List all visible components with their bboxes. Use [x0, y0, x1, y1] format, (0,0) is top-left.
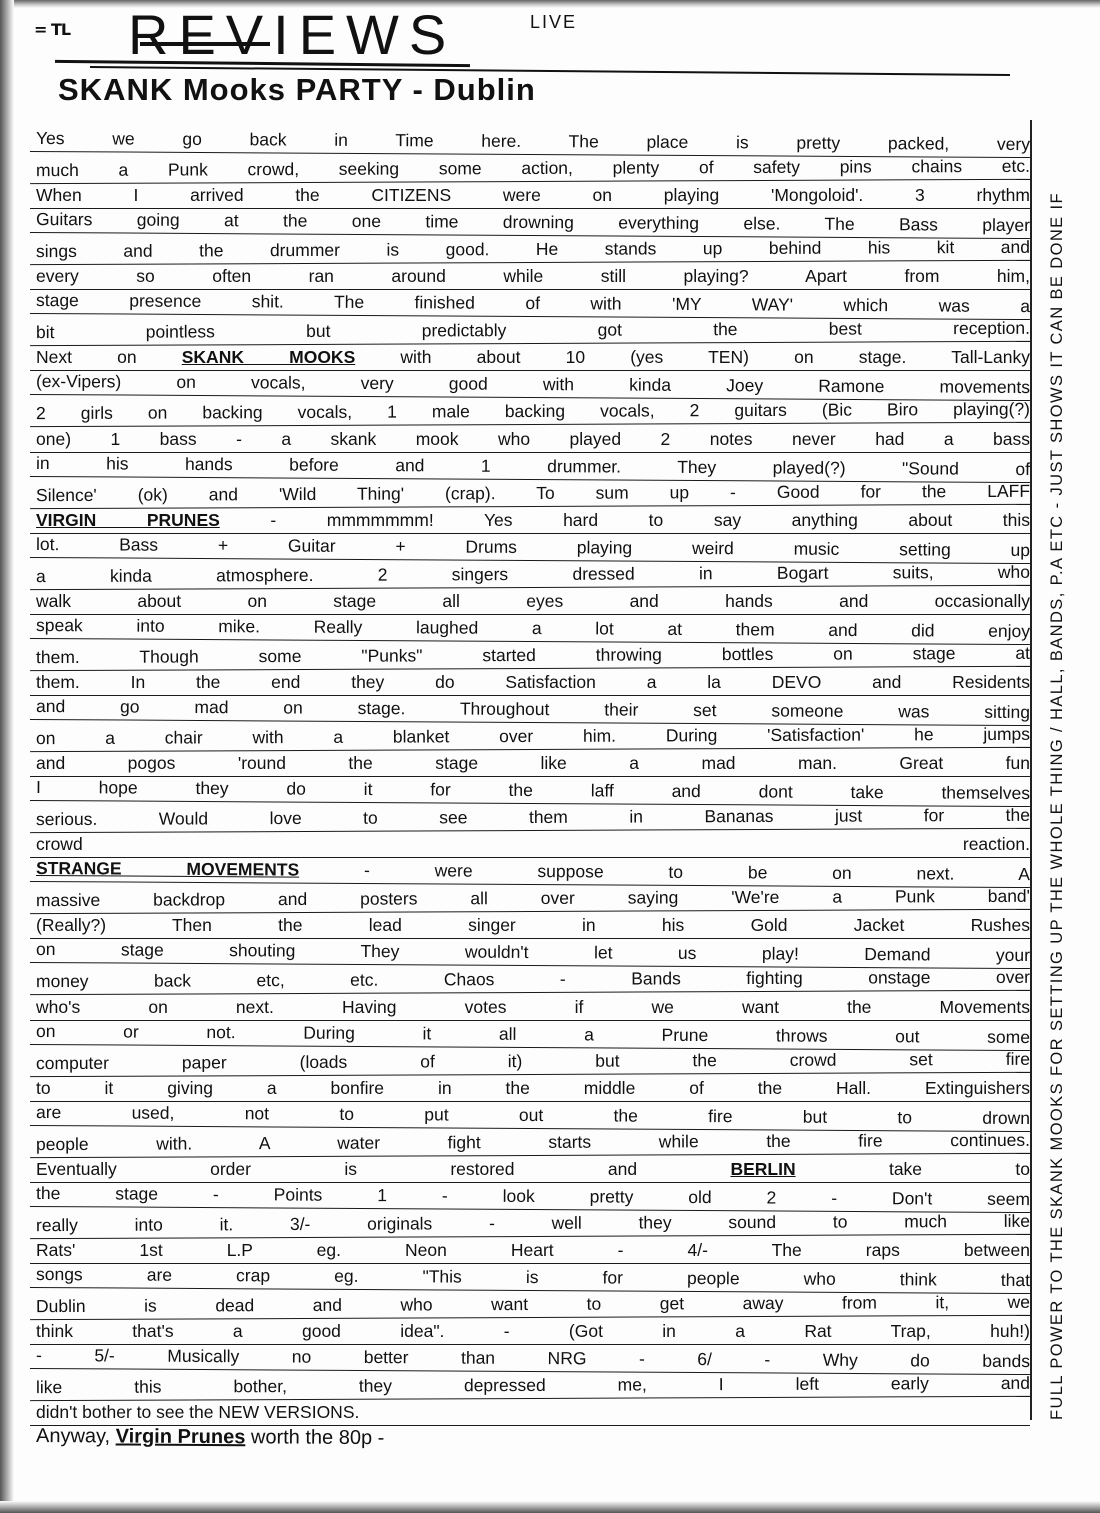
text-line: Anyway, Virgin Prunes worth the 80p -	[30, 1423, 1030, 1456]
text-line: on a chair with a blanket over him. Duri…	[30, 721, 1030, 752]
margin-rule	[1030, 120, 1032, 1420]
review-title: SKANK Mooks PARTY - Dublin	[58, 72, 536, 108]
text-line: Rats' 1st L.P eg. Neon Heart - 4/- The r…	[30, 1237, 1030, 1264]
band-name: BERLIN	[730, 1159, 795, 1179]
text-line: like this bother, they depressed me, I l…	[30, 1370, 1030, 1401]
text-line: Eventually order is restored and BERLIN …	[30, 1156, 1030, 1183]
text-line: sings and the drummer is good. He stands…	[30, 234, 1030, 265]
text-line: a kinda atmosphere. 2 singers dressed in…	[30, 559, 1030, 590]
page-header: = TL REVIEWS LIVE	[30, 6, 730, 66]
text-line: Dublin is dead and who want to get away …	[30, 1289, 1030, 1320]
text-line: really into it. 3/- originals - well the…	[30, 1208, 1030, 1239]
text-line: money back etc, etc. Chaos - Bands fight…	[30, 964, 1030, 995]
text-line: VIRGIN PRUNES - mmmmmmm! Yes hard to say…	[30, 507, 1030, 534]
text-line: crowd reaction.	[30, 831, 1030, 858]
text-line: one) 1 bass - a skank mook who played 2 …	[30, 426, 1030, 453]
band-name: VIRGIN PRUNES	[36, 510, 220, 530]
band-name: SKANK MOOKS	[182, 347, 356, 367]
margin-note: FULL POWER TO THE SKANK MOOKS FOR SETTIN…	[1048, 192, 1067, 1420]
title-strikethrough	[140, 42, 270, 46]
text-line: think that's a good idea". - (Got in a R…	[30, 1318, 1030, 1345]
band-name: Virgin Prunes	[116, 1426, 246, 1449]
text-line: and pogos 'round the stage like a mad ma…	[30, 750, 1030, 777]
text-line: walk about on stage all eyes and hands a…	[30, 588, 1030, 615]
band-name: NEW VERSIONS	[218, 1402, 354, 1422]
text-line: to it giving a bonfire in the middle of …	[30, 1075, 1030, 1102]
text-line: When I arrived the CITIZENS were on play…	[30, 182, 1030, 209]
band-name: STRANGE MOVEMENTS	[36, 858, 299, 880]
text-line: Silence' (ok) and 'Wild Thing' (crap). T…	[30, 477, 1030, 508]
scan-shadow-bottom	[0, 1501, 1100, 1513]
header-mark: = TL	[34, 20, 70, 39]
text-line: computer paper (loads of it) but the cro…	[30, 1045, 1030, 1076]
text-line: them. In the end they do Satisfaction a …	[30, 669, 1030, 696]
page-title: REVIEWS	[128, 2, 456, 67]
text-line: every so often ran around while still pl…	[30, 263, 1030, 290]
text-line: bit pointless but predictably got the be…	[30, 315, 1030, 346]
text-line: didn't bother to see the NEW VERSIONS.	[30, 1399, 1030, 1426]
review-body: Yes we go back in Time here. The place i…	[30, 128, 1030, 1453]
text-line: 2 girls on backing vocals, 1 male backin…	[30, 396, 1030, 427]
text-line: who's on next. Having votes if we want t…	[30, 994, 1030, 1021]
scan-shadow-left	[0, 0, 14, 1513]
text-line: massive backdrop and posters all over sa…	[30, 883, 1030, 914]
text-line: (Really?) Then the lead singer in his Go…	[30, 912, 1030, 939]
text-line: serious. Would love to see them in Banan…	[30, 802, 1030, 833]
text-line: people with. A water fight starts while …	[30, 1127, 1030, 1158]
text-line: much a Punk crowd, seeking some action, …	[30, 153, 1030, 184]
page-subtitle: LIVE	[530, 12, 577, 33]
text-line: them. Though some "Punks" started throwi…	[30, 640, 1030, 671]
text-line: Next on SKANK MOOKS with about 10 (yes T…	[30, 344, 1030, 371]
